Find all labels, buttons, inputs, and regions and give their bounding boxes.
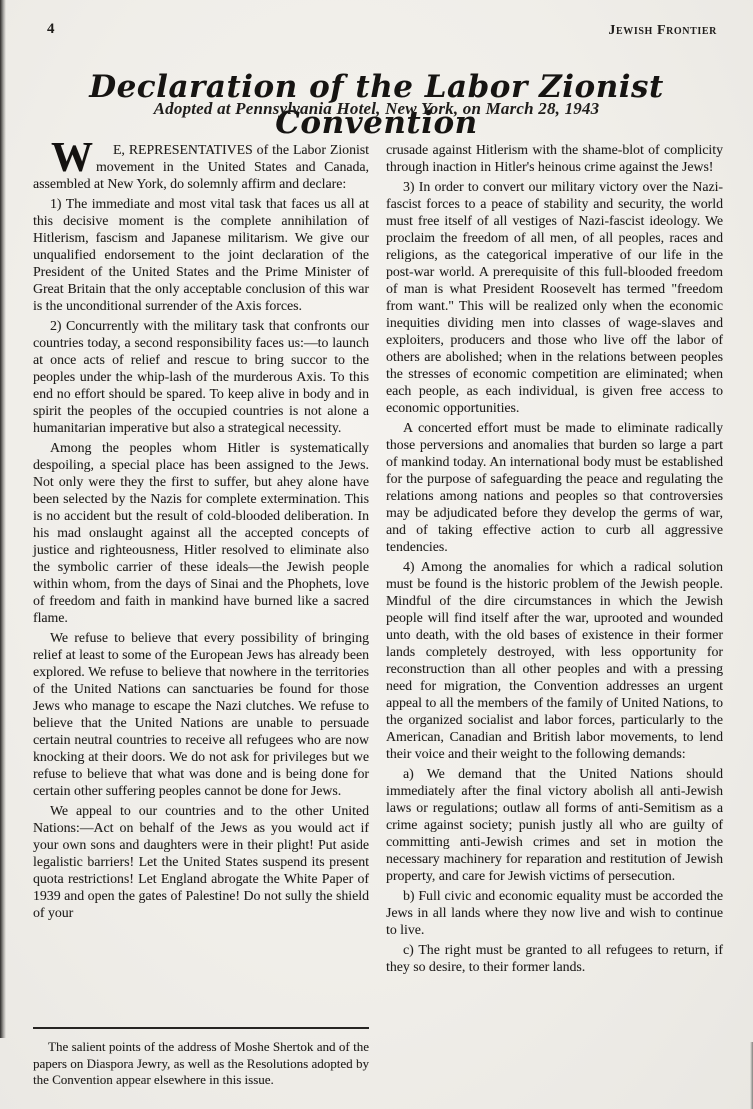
paragraph: We appeal to our countries and to the ot…	[33, 802, 369, 921]
paragraph: 4) Among the anomalies for which a radic…	[386, 558, 723, 762]
paragraph: Among the peoples whom Hitler is systema…	[33, 439, 369, 626]
magazine-page: 4 Jewish Frontier Declaration of the Lab…	[0, 0, 753, 1109]
left-column: WE, REPRESENTATIVES of the Labor Zionist…	[33, 141, 369, 1089]
paragraph: c) The right must be granted to all refu…	[386, 941, 723, 975]
page-number: 4	[47, 21, 55, 38]
drop-cap: W	[33, 141, 96, 174]
masthead: Jewish Frontier	[608, 23, 717, 39]
paragraph: b) Full civic and economic equality must…	[386, 887, 723, 938]
footnote: The salient points of the address of Mos…	[33, 1039, 369, 1089]
lead-paragraph: WE, REPRESENTATIVES of the Labor Zionist…	[33, 141, 369, 192]
footnote-text: The salient points of the address of Mos…	[33, 1039, 369, 1089]
paragraph: 2) Concurrently with the military task t…	[33, 317, 369, 436]
scan-edge-left	[0, 0, 6, 1038]
paragraph: 1) The immediate and most vital task tha…	[33, 195, 369, 314]
paragraph: A concerted effort must be made to elimi…	[386, 419, 723, 555]
paragraph: crusade against Hitlerism with the shame…	[386, 141, 723, 175]
paragraph: a) We demand that the United Nations sho…	[386, 765, 723, 884]
article-subtitle: Adopted at Pennsylvania Hotel, New York,…	[0, 99, 753, 119]
paragraph: We refuse to believe that every possibil…	[33, 629, 369, 799]
paragraph: 3) In order to convert our military vict…	[386, 178, 723, 416]
footnote-block: The salient points of the address of Mos…	[33, 1021, 369, 1089]
lead-caps: E, REPRESENTATIVES	[113, 142, 253, 157]
right-column: crusade against Hitlerism with the shame…	[386, 141, 723, 978]
footnote-divider	[33, 1027, 369, 1029]
